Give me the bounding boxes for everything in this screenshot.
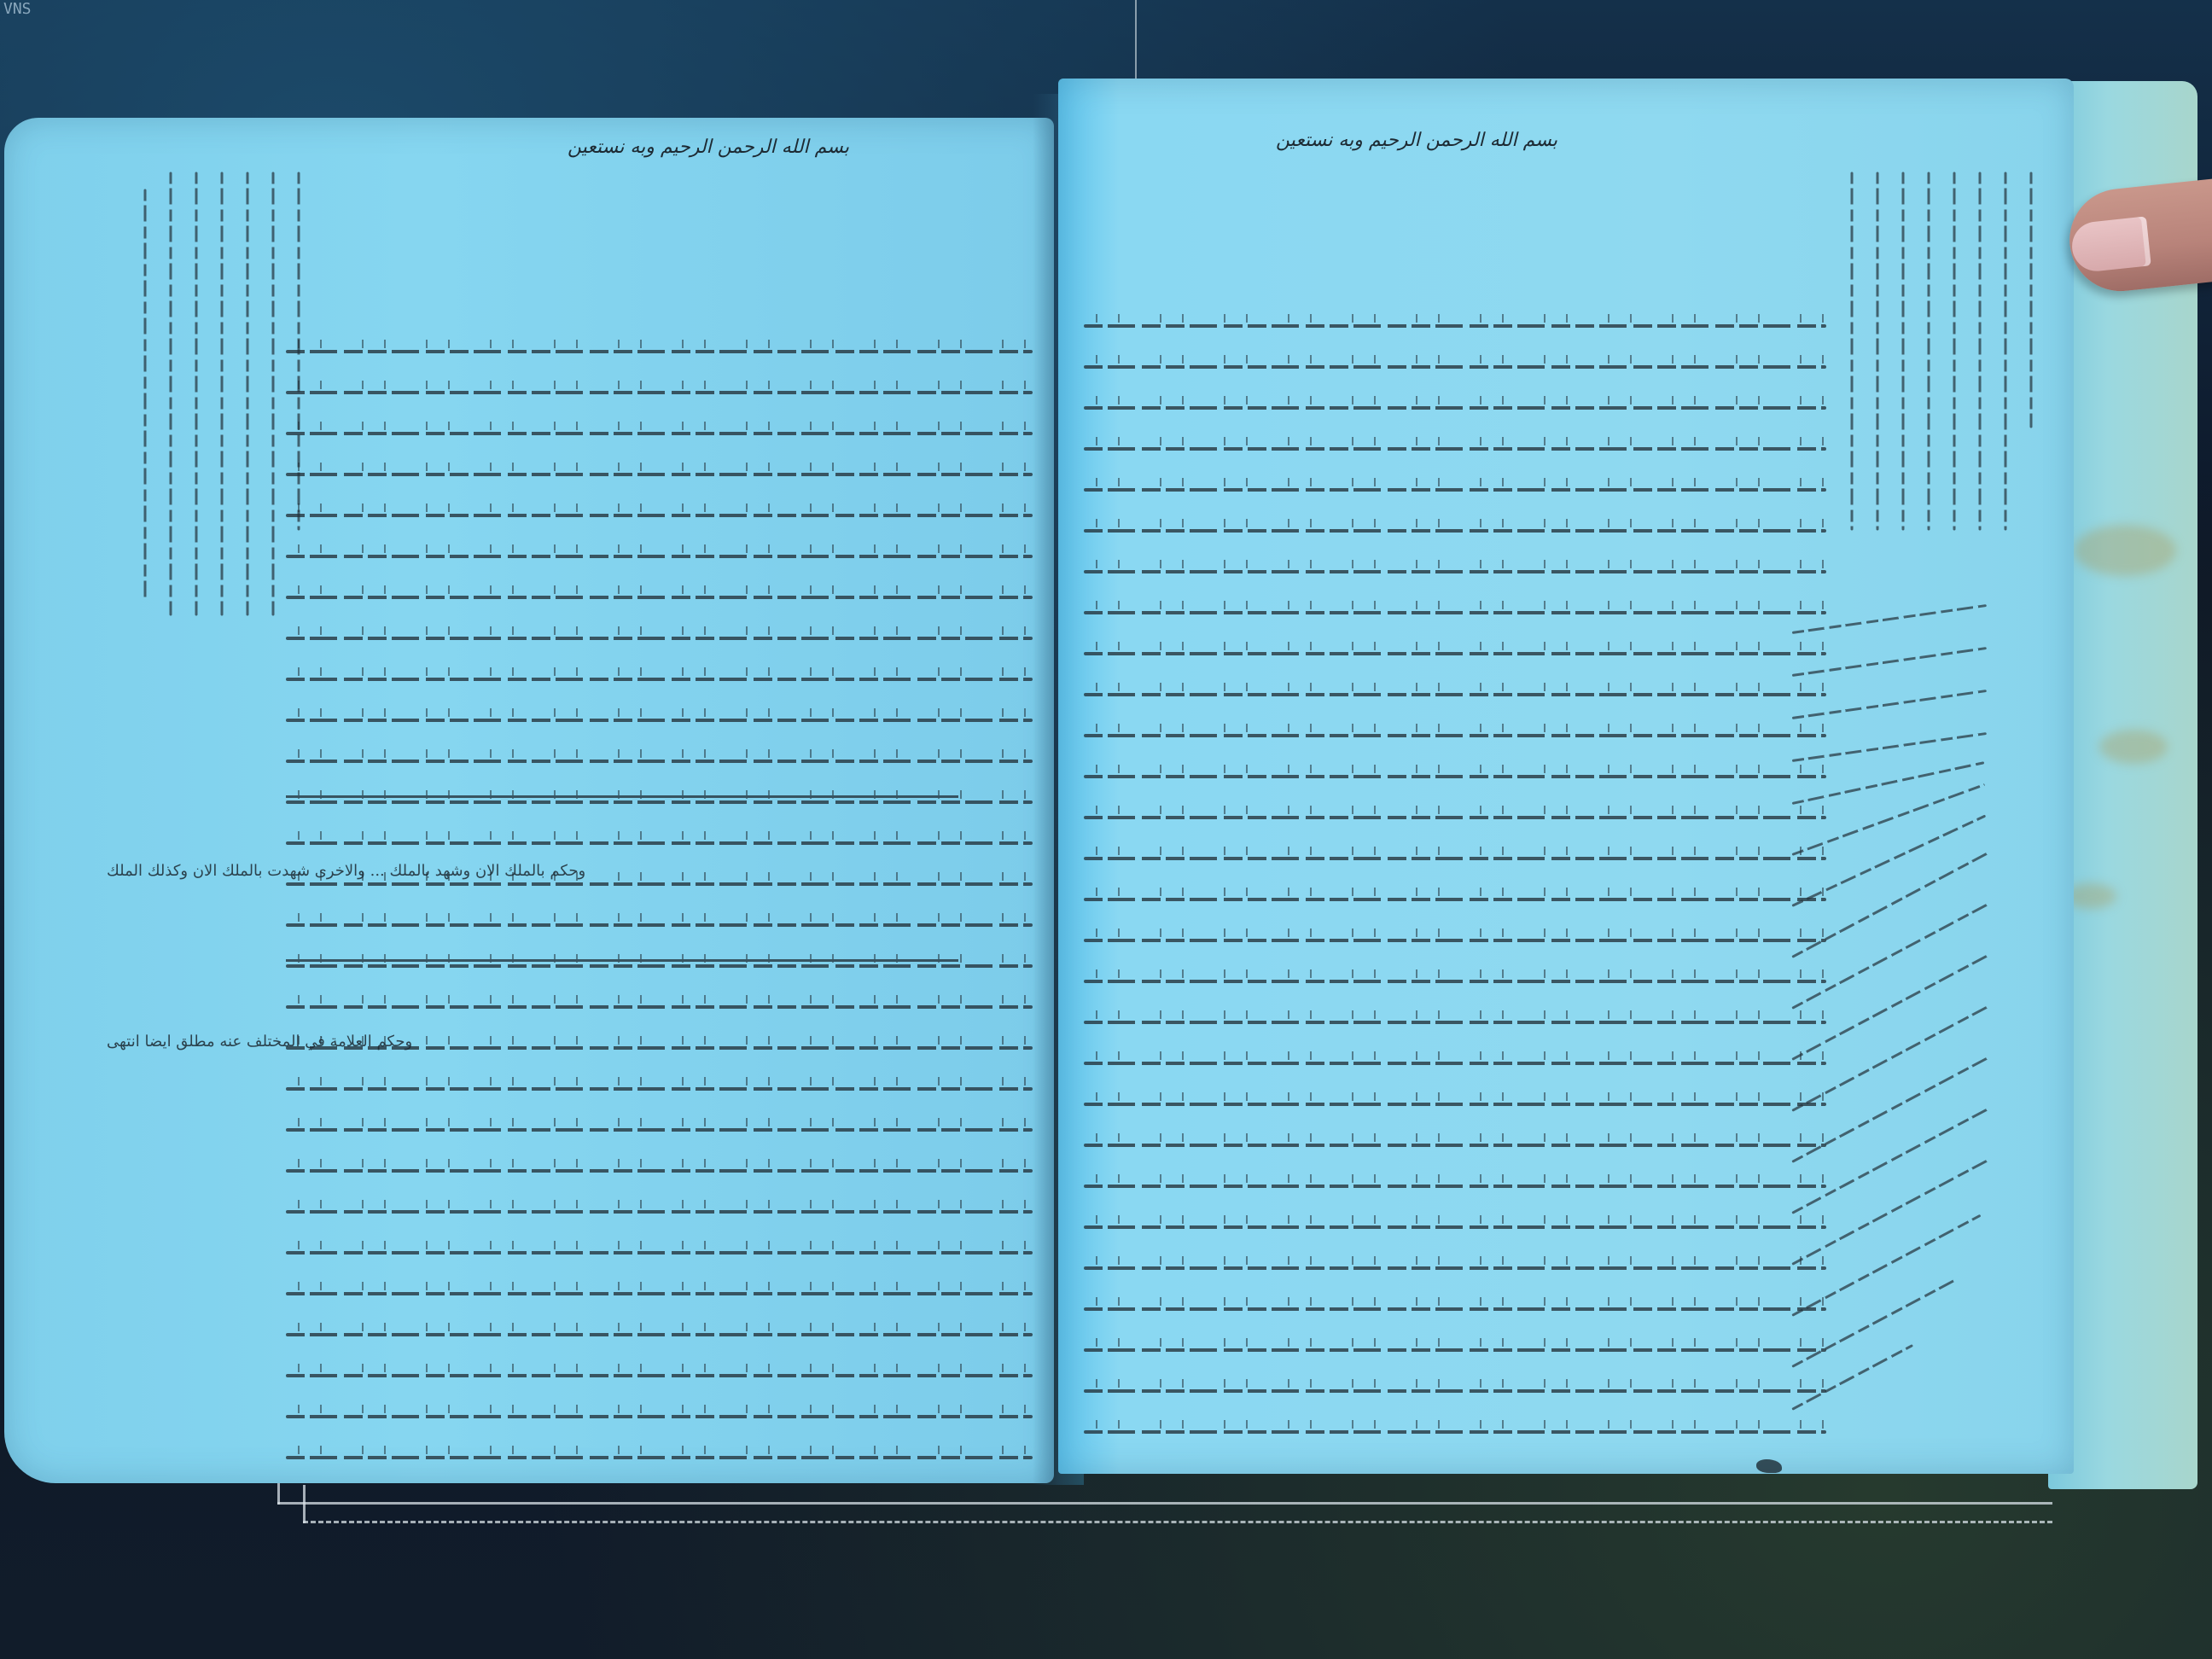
right-page-header: بسم الله الرحمن الرحيم وبه نستعين — [1276, 130, 1557, 151]
manuscript-line — [1084, 1103, 1826, 1106]
water-stain — [2074, 525, 2176, 576]
manuscript-line — [286, 678, 1033, 681]
margin-note-line — [272, 172, 275, 616]
manuscript-line — [286, 841, 1033, 845]
margin-note-line — [144, 189, 147, 599]
manuscript-line — [286, 1333, 1033, 1336]
manuscript-line — [1084, 570, 1826, 573]
manuscript-line — [1084, 1021, 1826, 1024]
manuscript-line — [1084, 734, 1826, 737]
ink-blot — [1756, 1459, 1782, 1473]
margin-note-line — [1791, 1005, 1988, 1112]
margin-note-line — [1792, 604, 1987, 634]
manuscript-line — [286, 1005, 1033, 1009]
manuscript-line — [1084, 1430, 1826, 1434]
corner-label: VNS — [3, 0, 32, 18]
manuscript-line — [286, 1374, 1033, 1377]
margin-note-line — [1791, 1108, 1988, 1214]
left-margin-note-vertical — [128, 154, 324, 751]
margin-note-line — [298, 172, 300, 531]
manuscript-line — [1084, 775, 1826, 778]
margin-note-line — [1953, 172, 1956, 531]
right-margin-note-diagonal — [1775, 597, 2048, 1451]
margin-note-line — [1791, 1344, 1913, 1411]
manuscript-line — [286, 473, 1033, 476]
margin-note-line — [1791, 1278, 1959, 1368]
tray-edge-inner — [303, 1521, 2052, 1523]
manuscript-line — [286, 350, 1033, 353]
manuscript-line — [1084, 447, 1826, 451]
manuscript-line — [1084, 652, 1826, 655]
margin-note-line — [1792, 690, 1987, 719]
manuscript-line — [1084, 939, 1826, 942]
margin-note-line — [1791, 1159, 1988, 1266]
manuscript-line — [1084, 693, 1826, 696]
left-margin-note-middle: وحكم بالملك الان وشهد بالملك ... والاخرى… — [107, 862, 585, 880]
margin-note-line — [1792, 647, 1987, 677]
manuscript-line — [1084, 1307, 1826, 1311]
margin-note-line — [195, 172, 198, 616]
manuscript-line — [1084, 1348, 1826, 1352]
tray-edge-top — [1135, 0, 1137, 81]
manuscript-line — [1084, 857, 1826, 860]
manuscript-line — [286, 882, 1033, 886]
manuscript-line — [286, 719, 1033, 722]
manuscript-line — [286, 1128, 1033, 1132]
manuscript-line — [1084, 488, 1826, 492]
manuscript-line — [1084, 1266, 1826, 1270]
manuscript-line — [286, 637, 1033, 640]
manuscript-line — [286, 1087, 1033, 1091]
margin-note-line — [2030, 172, 2033, 428]
manuscript-line — [1084, 406, 1826, 410]
margin-note-line — [1792, 761, 1985, 805]
manuscript-line — [1084, 1185, 1826, 1188]
margin-note-line — [1851, 172, 1854, 531]
left-page-body — [286, 350, 1033, 1497]
margin-note-line — [247, 172, 249, 616]
manuscript-line — [286, 1292, 1033, 1295]
margin-note-line — [2005, 172, 2007, 531]
margin-note-line — [1979, 172, 1982, 531]
manuscript-line — [286, 391, 1033, 394]
manuscript-line — [1084, 898, 1826, 901]
manuscript-line — [1084, 324, 1826, 328]
margin-note-line — [1877, 172, 1879, 531]
manuscript-line — [286, 923, 1033, 927]
manuscript-line — [286, 596, 1033, 599]
manuscript-line — [286, 1456, 1033, 1459]
manuscript-line — [1084, 816, 1826, 819]
margin-note-line — [1791, 954, 1988, 1061]
left-margin-note-lower: وحكم العلامة في المختلف عنه مطلق ايضا ان… — [107, 1033, 412, 1051]
manuscript-line — [1084, 365, 1826, 369]
margin-note-line — [170, 172, 172, 616]
manuscript-line — [286, 432, 1033, 435]
manuscript-line — [1084, 980, 1826, 983]
left-page-header: بسم الله الرحمن الرحيم وبه نستعين — [568, 137, 849, 158]
tray-edge-outer — [277, 1502, 2052, 1505]
margin-note-line — [221, 172, 224, 616]
manuscript-line — [1084, 1144, 1826, 1147]
manuscript-line — [286, 1169, 1033, 1173]
manuscript-line — [286, 1251, 1033, 1254]
margin-note-line — [1791, 1057, 1988, 1163]
manuscript-line — [1084, 1062, 1826, 1065]
margin-note-line — [1791, 814, 1986, 906]
manuscript-line — [1084, 529, 1826, 533]
margin-note-line — [1928, 172, 1930, 531]
water-stain — [2099, 730, 2168, 764]
manuscript-line-struck-through — [286, 964, 1033, 968]
manuscript-line — [286, 1415, 1033, 1418]
right-page-body — [1084, 324, 1826, 1471]
manuscript-line — [286, 555, 1033, 558]
manuscript-line — [1084, 1225, 1826, 1229]
margin-note-line — [1791, 903, 1988, 1010]
margin-note-line — [1791, 1214, 1981, 1317]
manuscript-line — [286, 1210, 1033, 1214]
margin-note-line — [1792, 732, 1987, 762]
margin-note-line — [1902, 172, 1905, 531]
manuscript-line — [286, 514, 1033, 517]
manuscript-line — [1084, 611, 1826, 614]
margin-note-line — [1791, 852, 1988, 958]
margin-note-line — [1791, 783, 1985, 856]
manuscript-line — [286, 760, 1033, 763]
manuscript-line-struck-through — [286, 800, 1033, 804]
manuscript-line — [1084, 1389, 1826, 1393]
